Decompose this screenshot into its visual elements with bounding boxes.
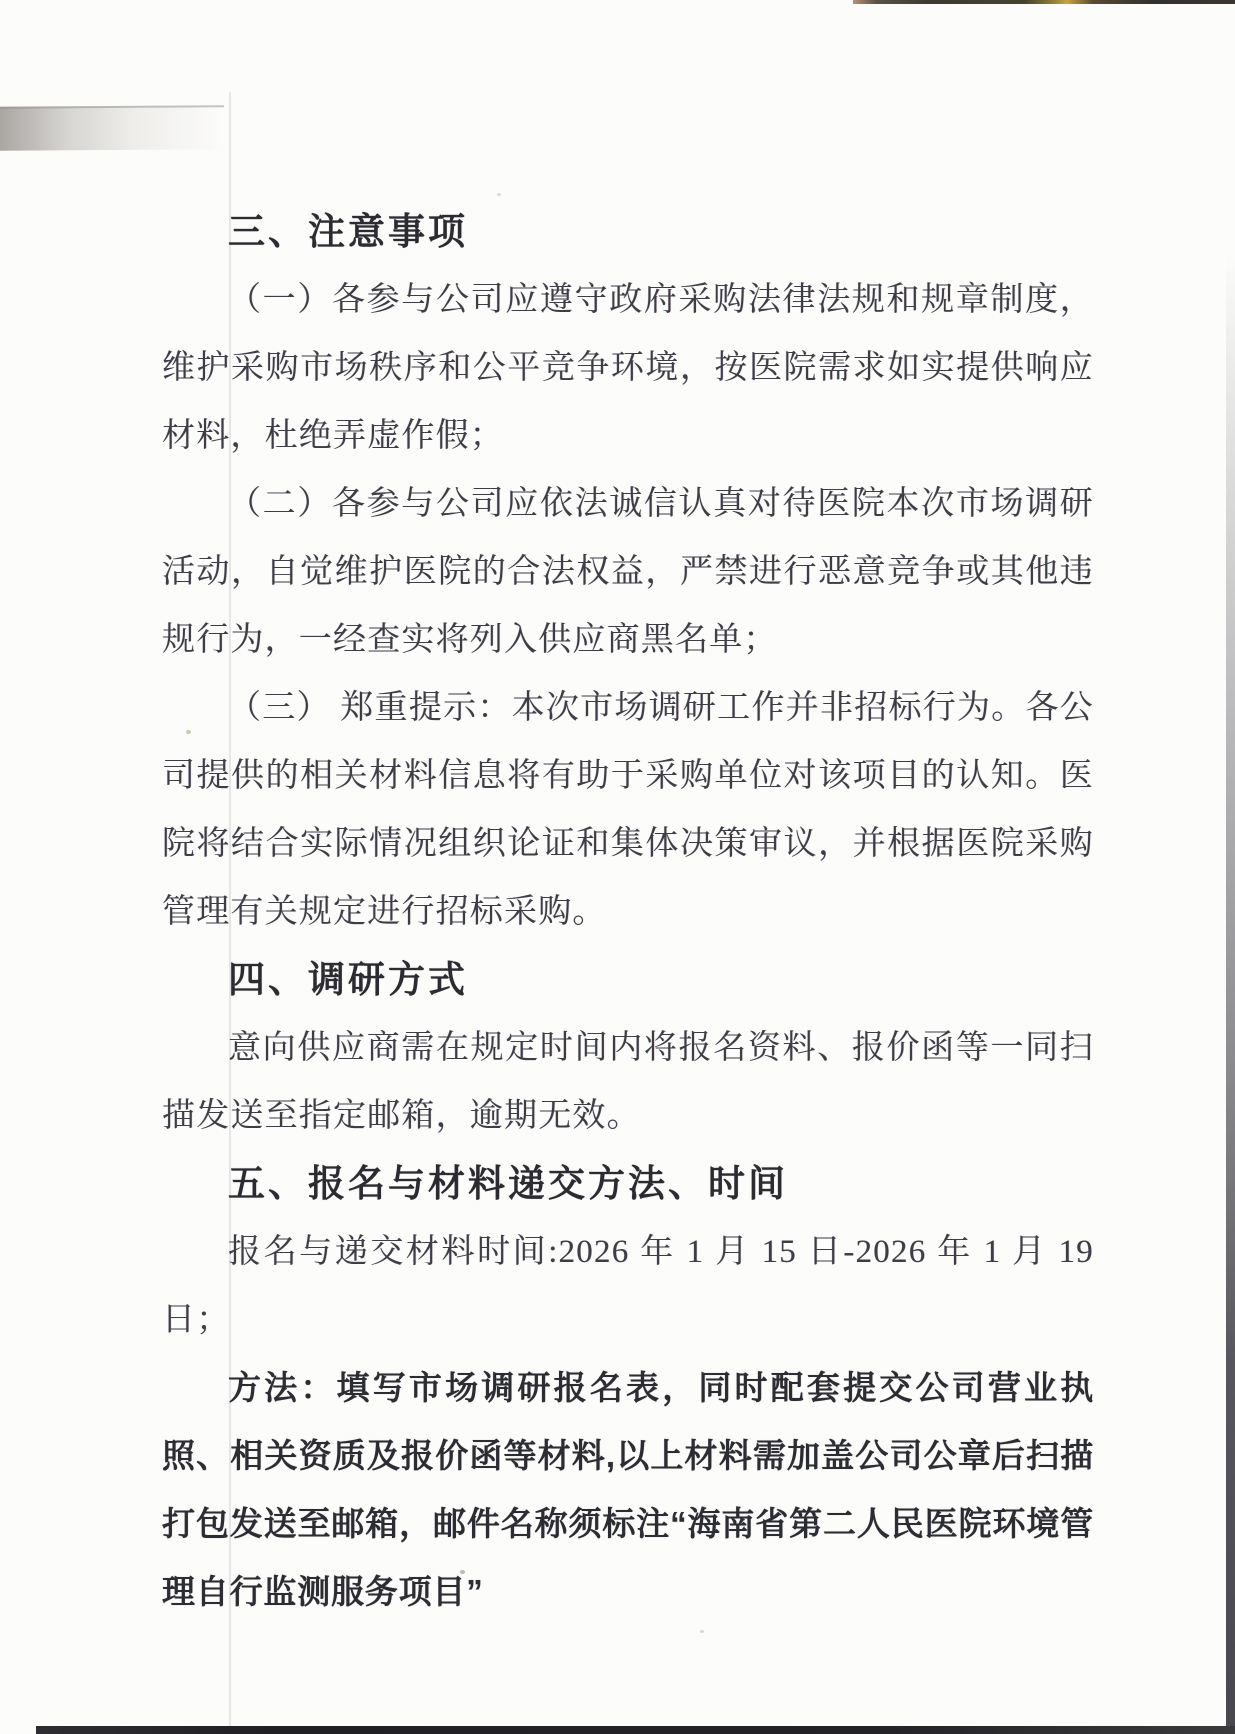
scan-artifact-bottom-edge-bar (36, 1726, 1235, 1734)
scan-artifact-topleft-smudge (0, 105, 224, 151)
paragraph-research-method: 意向供应商需在规定时间内将报名资料、报价函等一同扫描发送至指定邮箱，逾期无效。 (162, 1014, 1094, 1150)
paragraph-registration-time: 报名与递交材料时间:2026 年 1 月 15 日-2026 年 1 月 19 … (162, 1218, 1094, 1354)
document-content: 三、注意事项 （一）各参与公司应遵守政府采购法律法规和规章制度，维护采购市场秩序… (162, 198, 1094, 1626)
paragraph-note-3: （三） 郑重提示：本次市场调研工作并非招标行为。各公司提供的相关材料信息将有助于… (162, 674, 1094, 946)
paragraph-note-2: （二）各参与公司应依法诚信认真对待医院本次市场调研活动，自觉维护医院的合法权益，… (162, 470, 1094, 674)
scan-artifact-right-edge-shadow (1226, 250, 1235, 1734)
paragraph-registration-method: 方法：填写市场调研报名表，同时配套提交公司营业执照、相关资质及报价函等材料,以上… (162, 1354, 1094, 1626)
section-heading-notes: 三、注意事项 (228, 198, 1094, 266)
section-heading-research-method: 四、调研方式 (228, 946, 1094, 1014)
section-heading-registration: 五、报名与材料递交方法、时间 (228, 1150, 1094, 1218)
paragraph-note-1: （一）各参与公司应遵守政府采购法律法规和规章制度，维护采购市场秩序和公平竞争环境… (162, 266, 1094, 470)
scan-speck (497, 193, 501, 196)
scan-artifact-top-edge-bar (853, 0, 1235, 4)
scan-speck (700, 1630, 704, 1633)
scanned-document-page: 三、注意事项 （一）各参与公司应遵守政府采购法律法规和规章制度，维护采购市场秩序… (0, 0, 1235, 1734)
